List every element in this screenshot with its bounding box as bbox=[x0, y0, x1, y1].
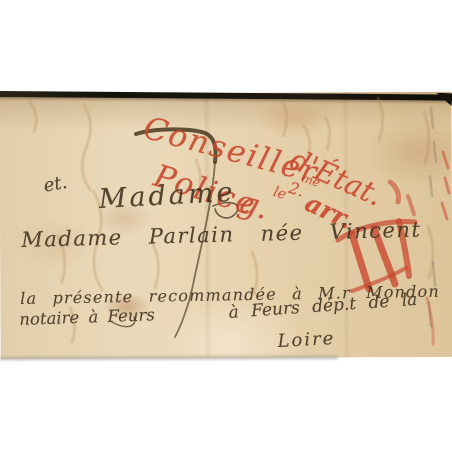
letter-bottom-shadow bbox=[0, 355, 338, 360]
destination-line-2: Loire bbox=[277, 328, 336, 352]
letter-photo: Conseiller d'État. Police g. le 2. me ar… bbox=[0, 0, 452, 452]
manuscript-mark: et. bbox=[42, 172, 69, 197]
